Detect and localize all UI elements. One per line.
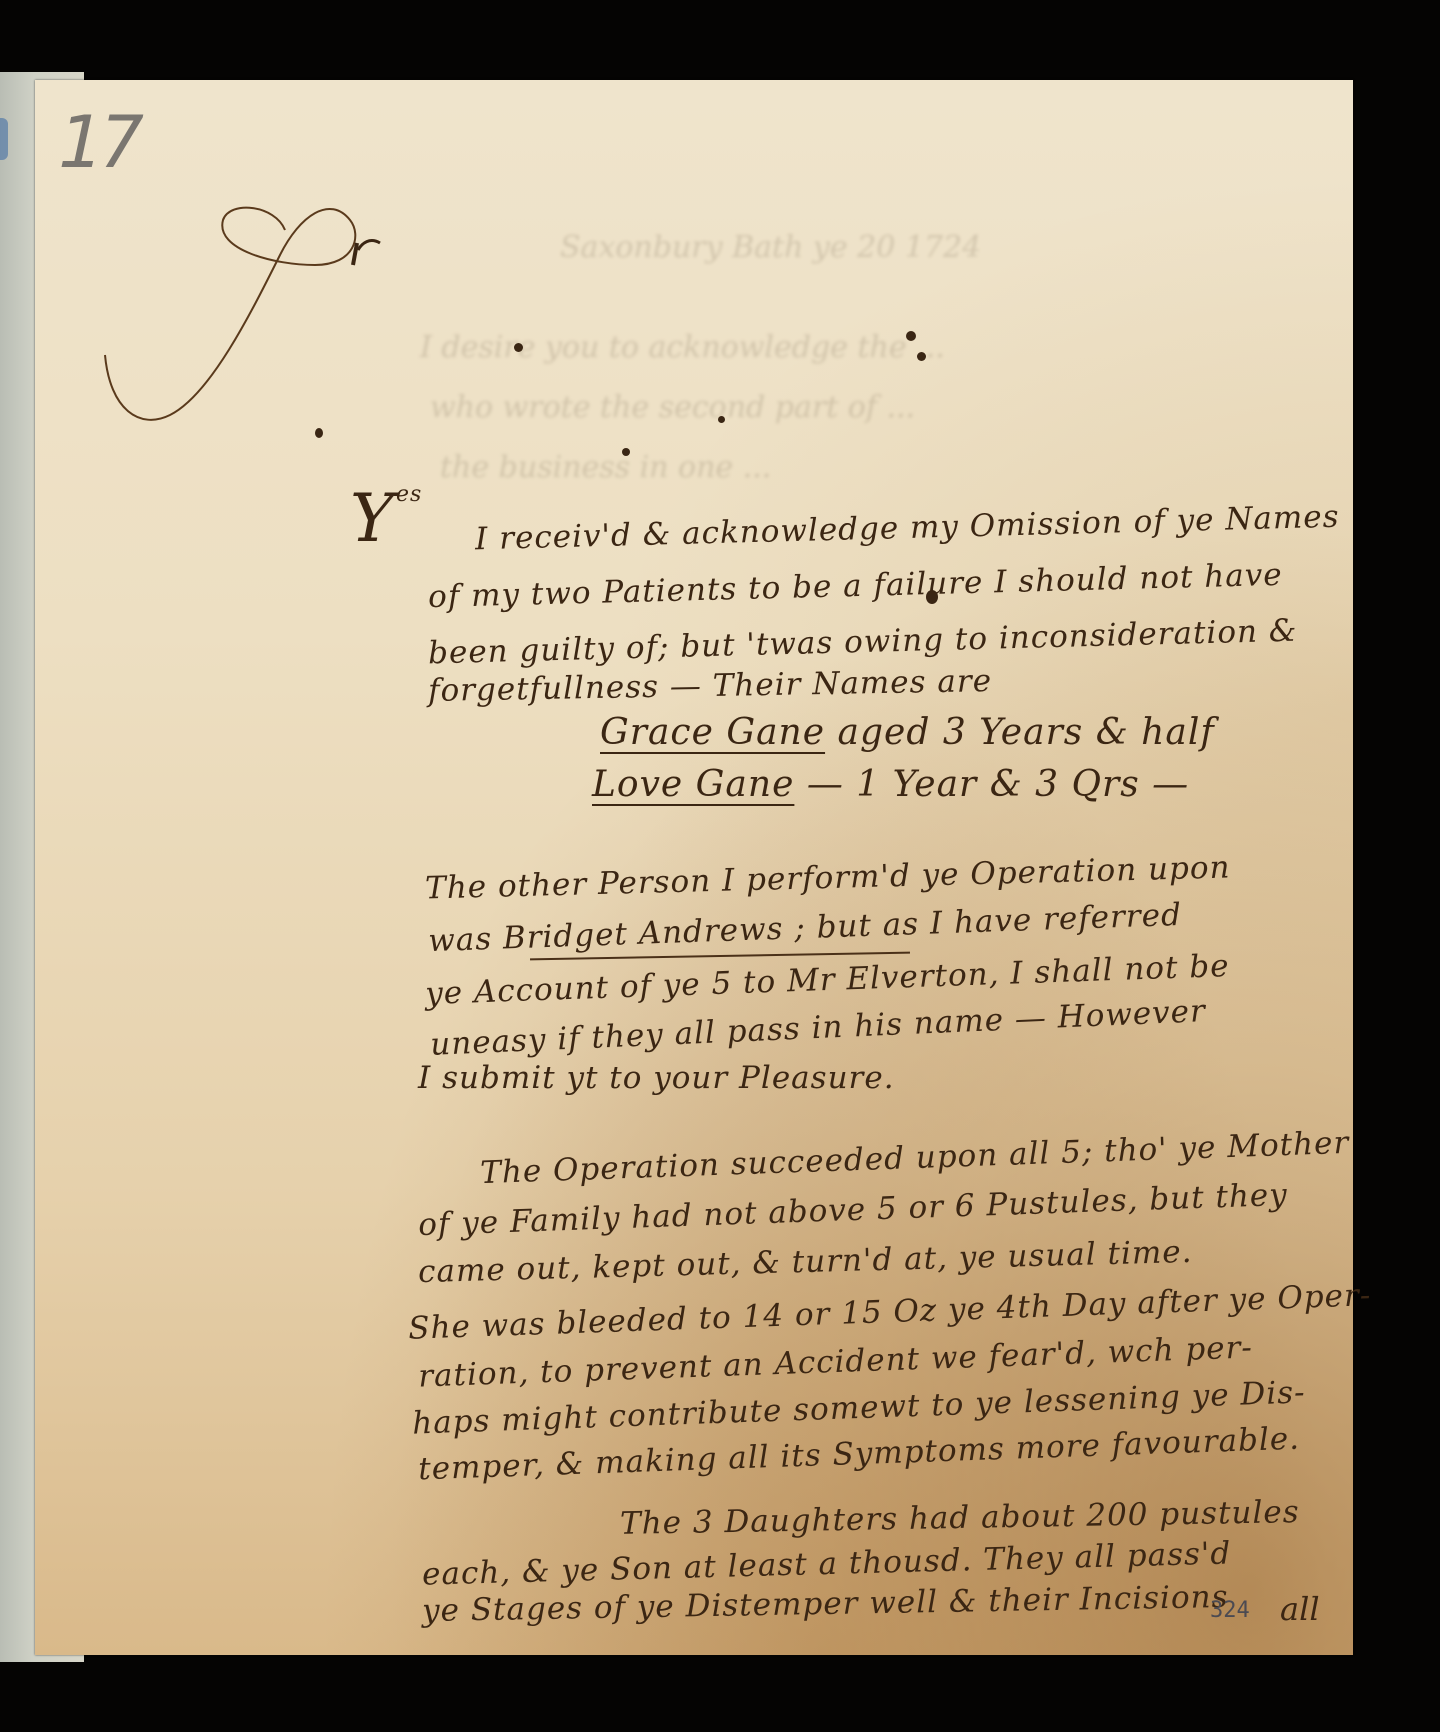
opening-word-rest: es: [396, 482, 422, 507]
bleed-through-text: I desire you to acknowledge the ...: [420, 330, 945, 365]
bleed-through-text: the business in one ...: [440, 450, 771, 485]
ink-blot: [622, 448, 630, 456]
patient-name: Love Gane: [592, 764, 794, 805]
salutation-flourish-icon: [100, 195, 440, 435]
ink-blot: [718, 416, 725, 423]
opening-capital: Y: [350, 480, 394, 557]
ink-blot: [917, 352, 926, 361]
patient-name: Grace Gane: [600, 712, 825, 753]
catchword: all: [1280, 1590, 1320, 1628]
patient-age: aged 3 Years & half: [838, 712, 1215, 753]
binding-blue-mark: [0, 118, 8, 160]
text-line: I submit yt to your Pleasure.: [418, 1060, 895, 1096]
patient-row: Love Gane — 1 Year & 3 Qrs —: [592, 764, 1189, 805]
bleed-through-text: who wrote the second part of ...: [430, 390, 915, 425]
ink-blot: [906, 331, 916, 341]
patient-row: Grace Gane aged 3 Years & half: [600, 712, 1215, 753]
page-stamp-number: 324: [1210, 1598, 1250, 1623]
ink-blot: [514, 343, 523, 352]
bleed-through-text: Saxonbury Bath ye 20 1724: [560, 230, 981, 265]
patient-age: — 1 Year & 3 Qrs —: [807, 764, 1189, 805]
